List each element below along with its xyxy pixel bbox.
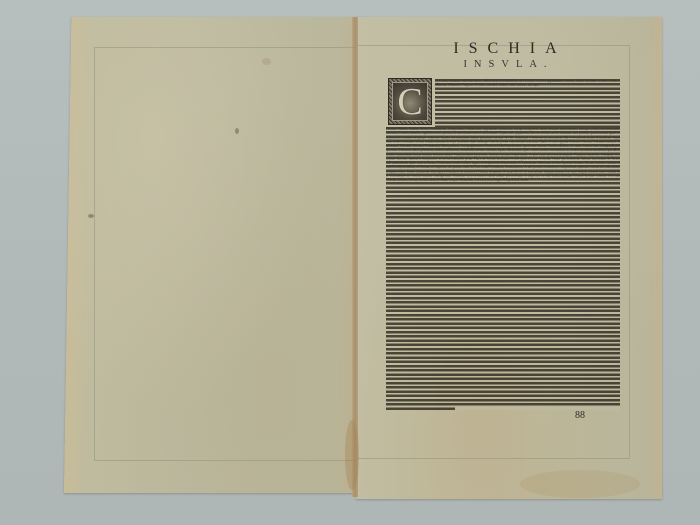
foxing-stain: [88, 214, 94, 218]
woodcut-initial-icon: C: [392, 82, 428, 121]
foxing-stain: [520, 470, 640, 498]
left-page-blank: [64, 17, 364, 493]
spine-stain: [345, 420, 359, 490]
page-number: 88: [575, 410, 585, 421]
page-title: ISCHIA: [420, 40, 590, 57]
decorated-initial: C: [388, 78, 432, 125]
last-line-short: [455, 407, 620, 410]
foxing-stain: [235, 128, 239, 134]
atlas-sheet: ISCHIA INSVLA. C Lyn hanc infulam AENARI…: [0, 0, 700, 525]
body-text-lead: Lyn hanc infulam AENARIAM, ARIMAM, INARI…: [435, 79, 620, 127]
initial-letter: C: [397, 83, 422, 121]
body-main-text: Plinius, Strabo, Liuius, Mela, Ptolemaeu…: [386, 127, 620, 182]
body-text-main: Plinius, Strabo, Liuius, Mela, Ptolemaeu…: [386, 127, 620, 410]
page-subtitle: INSVLA.: [420, 59, 590, 71]
foxing-stain: [262, 58, 271, 65]
